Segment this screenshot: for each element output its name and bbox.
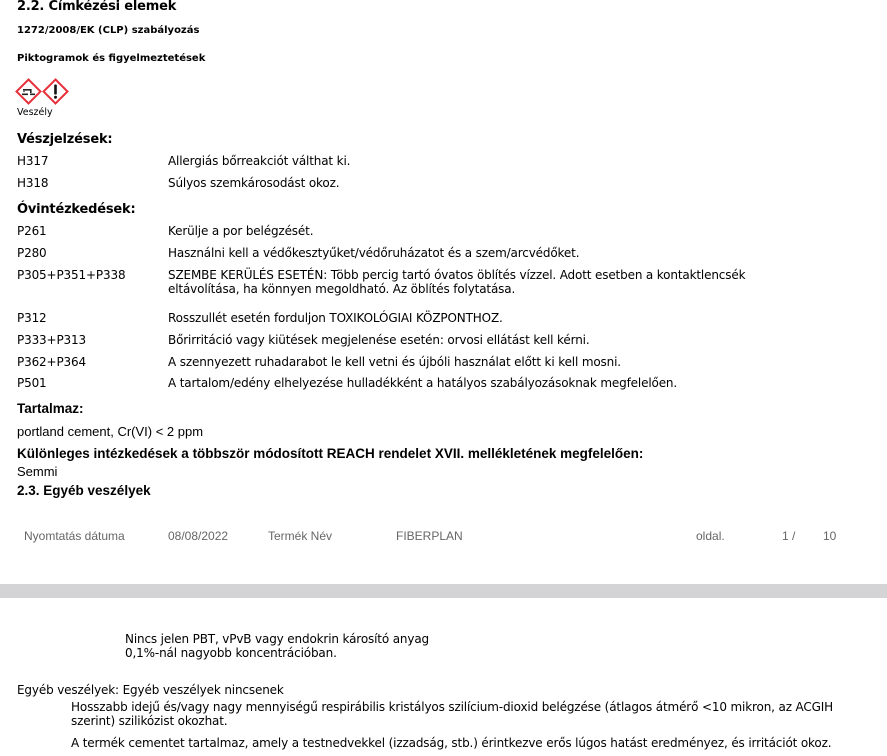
page-total: 10: [823, 529, 836, 543]
statement-code: P305+P351+P338: [17, 268, 125, 282]
silica-hazard-paragraph: Hosszabb idejű és/vagy nagy mennyiségű r…: [71, 700, 871, 728]
page-separator: [0, 584, 887, 598]
product-name-label: Termék Név: [268, 529, 332, 543]
exclamation-mark-icon: [42, 78, 69, 105]
pictograms-heading: Piktogramok és figyelmeztetések: [17, 53, 205, 64]
statement-text: Allergiás bőrreakciót válthat ki.: [168, 154, 808, 168]
statement-code: P333+P313: [17, 333, 86, 347]
regulation-label: 1272/2008/EK (CLP) szabályozás: [17, 25, 199, 36]
page-label: oldal.: [696, 529, 725, 543]
statement-text: Kerülje a por belégzését.: [168, 224, 808, 238]
signal-word: Veszély: [17, 107, 53, 118]
statement-text: Súlyos szemkárosodást okoz.: [168, 176, 808, 190]
page-footer: Nyomtatás dátuma 08/08/2022 Termék Név F…: [0, 529, 887, 545]
contains-text: portland cement, Cr(VI) < 2 ppm: [17, 424, 203, 439]
product-name: FIBERPLAN: [396, 529, 463, 543]
cement-hazard-paragraph: A termék cementet tartalmaz, amely a tes…: [71, 736, 881, 750]
statement-code: P280: [17, 246, 47, 260]
statement-code: P312: [17, 311, 47, 325]
statement-text: Használni kell a védőkesztyűket/védőruhá…: [168, 246, 808, 260]
statement-code: P362+P364: [17, 355, 86, 369]
other-hazards-line: Egyéb veszélyek: Egyéb veszélyek nincsen…: [17, 683, 284, 697]
pictogram-group: [15, 78, 69, 104]
statement-text: A tartalom/edény elhelyezése hulladékkén…: [168, 376, 808, 390]
statement-code: H317: [17, 154, 48, 168]
hazard-statements-heading: Vészjelzések:: [17, 132, 112, 147]
pbt-statement: Nincs jelen PBT, vPvB vagy endokrin káro…: [125, 632, 455, 660]
corrosion-icon: [15, 78, 42, 105]
statement-code: P261: [17, 224, 47, 238]
precautionary-statements-heading: Óvintézkedések:: [17, 202, 135, 217]
section-title-2-3: 2.3. Egyéb veszélyek: [17, 483, 151, 498]
page-current: 1 /: [782, 529, 795, 543]
reach-heading: Különleges intézkedések a többször módos…: [17, 446, 643, 461]
statement-text: Rosszullét esetén forduljon TOXIKOLÓGIAI…: [168, 311, 808, 325]
statement-text: Bőrirritáció vagy kiütések megjelenése e…: [168, 333, 808, 347]
statement-code: H318: [17, 176, 48, 190]
statement-code: P501: [17, 376, 47, 390]
print-date-label: Nyomtatás dátuma: [24, 529, 125, 543]
reach-text: Semmi: [17, 464, 57, 479]
contains-heading: Tartalmaz:: [17, 401, 84, 416]
statement-text: A szennyezett ruhadarabot le kell vetni …: [168, 355, 808, 369]
statement-text: SZEMBE KERÜLÉS ESETÉN: Több percig tartó…: [168, 268, 793, 296]
section-title-2-2: 2.2. Címkézési elemek: [17, 0, 176, 14]
print-date: 08/08/2022: [168, 529, 228, 543]
